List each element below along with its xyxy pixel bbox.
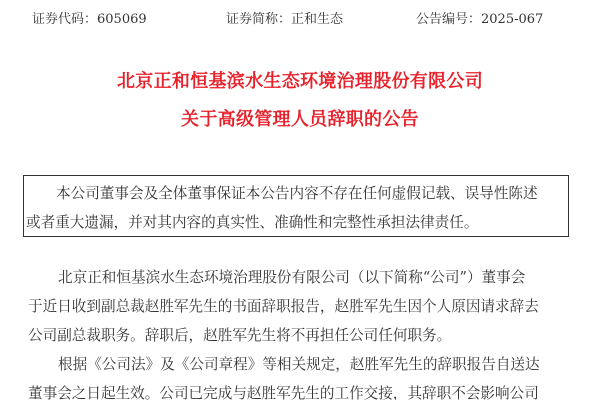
- stock-code: 证券代码：605069: [32, 8, 147, 27]
- disclaimer-line-2: 或者重大遗漏，并对其内容的真实性、准确性和完整性承担法律责任。: [24, 208, 568, 237]
- stock-abbreviation: 证券简称：正和生态: [226, 8, 343, 27]
- para1-line1: 北京正和恒基滨水生态环境治理股份有限公司（以下简称“公司”）董事会: [28, 263, 583, 292]
- company-title: 北京正和恒基滨水生态环境治理股份有限公司: [0, 67, 600, 93]
- announcement-subject: 关于高级管理人员辞职的公告: [0, 105, 600, 131]
- para1-line3: 公司副总裁职务。辞职后，赵胜军先生将不再担任公司任何职务。: [28, 321, 583, 350]
- para1-line2: 于近日收到副总裁赵胜军先生的书面辞职报告，赵胜军先生因个人原因请求辞去: [28, 292, 583, 321]
- announcement-body: 北京正和恒基滨水生态环境治理股份有限公司（以下简称“公司”）董事会 于近日收到副…: [28, 263, 583, 400]
- disclaimer-box: 本公司董事会及全体董事保证本公告内容不存在任何虚假记载、误导性陈述 或者重大遗漏…: [23, 175, 569, 237]
- para2-line1: 根据《公司法》及《公司章程》等相关规定，赵胜军先生的辞职报告自送达: [28, 350, 583, 379]
- para2-line2: 董事会之日起生效。公司已完成与赵胜军先生的工作交接，其辞职不会影响公司: [28, 379, 583, 400]
- disclaimer-line-1: 本公司董事会及全体董事保证本公告内容不存在任何虚假记载、误导性陈述: [24, 179, 568, 208]
- announcement-header: 证券代码：605069 证券简称：正和生态 公告编号：2025-067: [0, 8, 600, 28]
- announcement-number: 公告编号：2025-067: [416, 8, 543, 27]
